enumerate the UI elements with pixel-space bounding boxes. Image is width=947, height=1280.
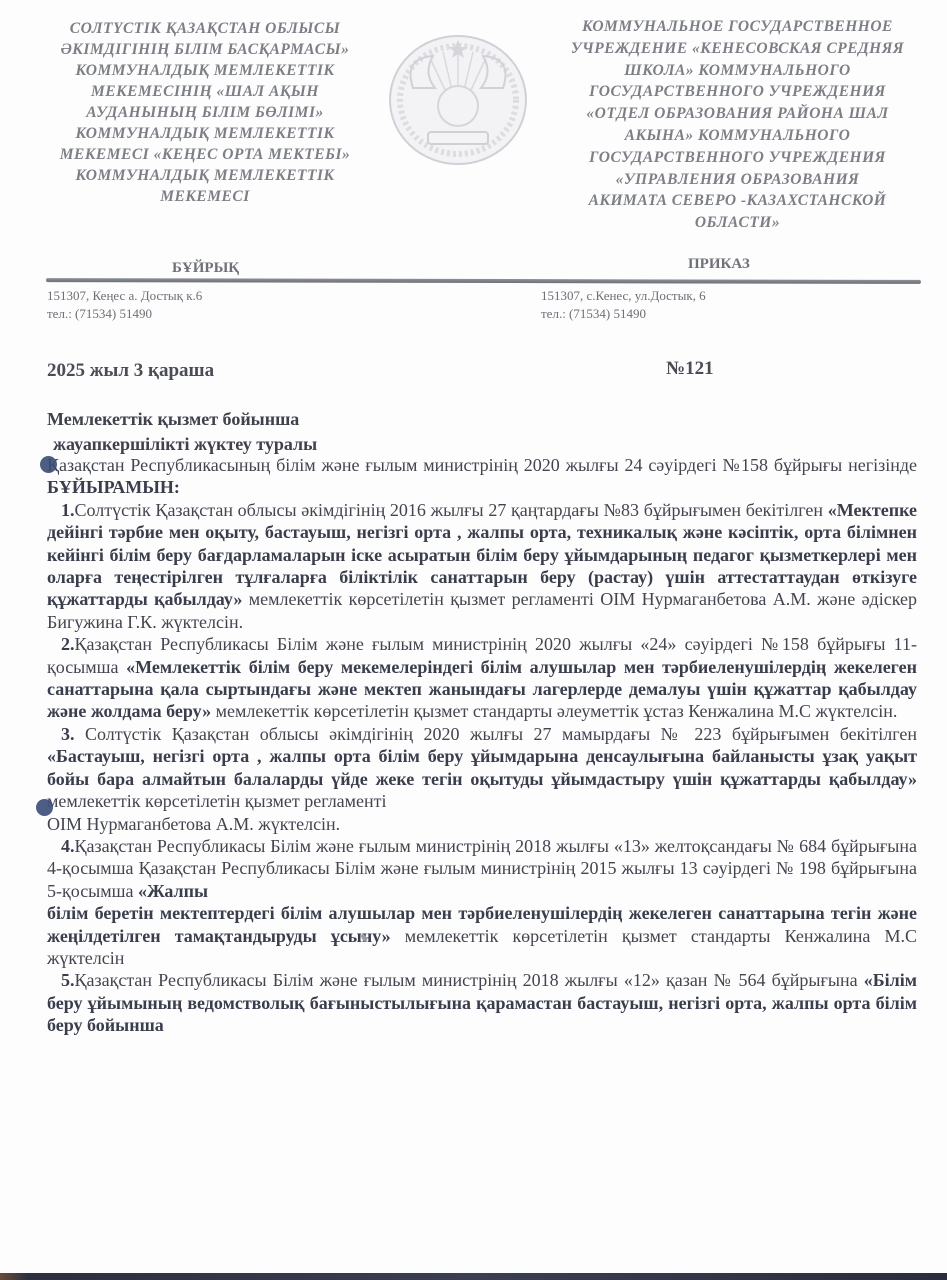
order-item-2: 2.Қазақстан Республикасы Білім және ғылы…: [47, 633, 917, 723]
doc-type-russian: ПРИКАЗ: [688, 256, 750, 273]
org-name-russian: КОММУНАЛЬНОЕ ГОСУДАРСТВЕННОЕ УЧРЕЖДЕНИЕ …: [545, 16, 930, 234]
order-item-5: 5.Қазақстан Республикасы Білім және ғылы…: [47, 969, 917, 1036]
doc-type-kazakh: БҰЙРЫҚ: [172, 260, 239, 277]
org-line: АКИМАТА СЕВЕРО -КАЗАХСТАНСКОЙ: [545, 190, 930, 212]
org-line: СОЛТҮСТІК ҚАЗАҚСТАН ОБЛЫСЫ: [40, 18, 370, 39]
subject-line: Мемлекеттік қызмет бойынша: [47, 407, 317, 432]
preamble: Қазақстан Республикасының білім және ғыл…: [47, 454, 917, 499]
org-line: ГОСУДАРСТВЕННОГО УЧРЕЖДЕНИЯ: [545, 81, 930, 103]
org-line: ГОСУДАРСТВЕННОГО УЧРЕЖДЕНИЯ: [545, 147, 930, 169]
order-item-1: 1.Солтүстік Қазақстан облысы әкімдігінің…: [47, 499, 917, 633]
order-item-3: 3. Солтүстік Қазақстан облысы әкімдігіні…: [47, 723, 917, 813]
order-item-4: 4.Қазақстан Республикасы Білім және ғылы…: [47, 835, 917, 902]
ink-blot-marker: [40, 456, 57, 473]
org-line: МЕКЕМЕСІ «КЕҢЕС ОРТА МЕКТЕБІ»: [40, 144, 370, 165]
org-line: КОММУНАЛДЫҚ МЕМЛЕКЕТТІК: [40, 123, 370, 144]
address-russian: 151307, с.Кенес, ул.Достык, 6 тел.: (715…: [541, 287, 706, 323]
header-divider: [46, 278, 921, 284]
address-line: 151307, Кеңес а. Достық к.6: [47, 287, 202, 305]
address-kazakh: 151307, Кеңес а. Достық к.6 тел.: (71534…: [47, 287, 202, 323]
order-date: 2025 жыл 3 қараша: [47, 360, 214, 382]
org-line: МЕКЕМЕСІ: [40, 186, 370, 207]
order-item-4-cont: білім беретін мектептердегі білім алушыл…: [47, 902, 917, 969]
order-document-page: СОЛТҮСТІК ҚАЗАҚСТАН ОБЛЫСЫ ӘКІМДІГІНІҢ Б…: [0, 0, 947, 1280]
order-number: №121: [666, 358, 714, 380]
order-subject: Мемлекеттік қызмет бойынша жауапкершілік…: [47, 407, 317, 457]
ink-blot-marker: [36, 799, 53, 816]
address-line: 151307, с.Кенес, ул.Достык, 6: [541, 287, 706, 305]
scan-bottom-edge: [0, 1273, 947, 1280]
org-name-kazakh: СОЛТҮСТІК ҚАЗАҚСТАН ОБЛЫСЫ ӘКІМДІГІНІҢ Б…: [40, 18, 370, 207]
order-word: БҰЙЫРАМЫН:: [47, 477, 180, 497]
state-emblem-icon: [383, 28, 533, 168]
org-line: «ОТДЕЛ ОБРАЗОВАНИЯ РАЙОНА ШАЛ: [545, 103, 930, 125]
org-line: АКЫНА» КОММУНАЛЬНОГО: [545, 125, 930, 147]
org-line: ОБЛАСТИ»: [545, 212, 930, 234]
phone-line: тел.: (71534) 51490: [541, 305, 706, 323]
org-line: ШКОЛА» КОММУНАЛЬНОГО: [545, 60, 930, 82]
org-line: ӘКІМДІГІНІҢ БІЛІМ БАСҚАРМАСЫ»: [40, 39, 370, 60]
org-line: КОММУНАЛЬНОЕ ГОСУДАРСТВЕННОЕ: [545, 16, 930, 38]
order-item-3-assignee: ОІМ Нурмаганбетова А.М. жүктелсін.: [47, 813, 917, 835]
org-line: УЧРЕЖДЕНИЕ «КЕНЕСОВСКАЯ СРЕДНЯЯ: [545, 38, 930, 60]
org-line: МЕКЕМЕСІНІҢ «ШАЛ АҚЫН: [40, 81, 370, 102]
org-line: КОММУНАЛДЫҚ МЕМЛЕКЕТТІК: [40, 165, 370, 186]
org-line: АУДАНЫНЫҢ БІЛІМ БӨЛІМІ»: [40, 102, 370, 123]
org-line: КОММУНАЛДЫҚ МЕМЛЕКЕТТІК: [40, 60, 370, 81]
order-body: Қазақстан Республикасының білім және ғыл…: [47, 454, 917, 1037]
phone-line: тел.: (71534) 51490: [47, 305, 202, 323]
org-line: «УПРАВЛЕНИЯ ОБРАЗОВАНИЯ: [545, 169, 930, 191]
